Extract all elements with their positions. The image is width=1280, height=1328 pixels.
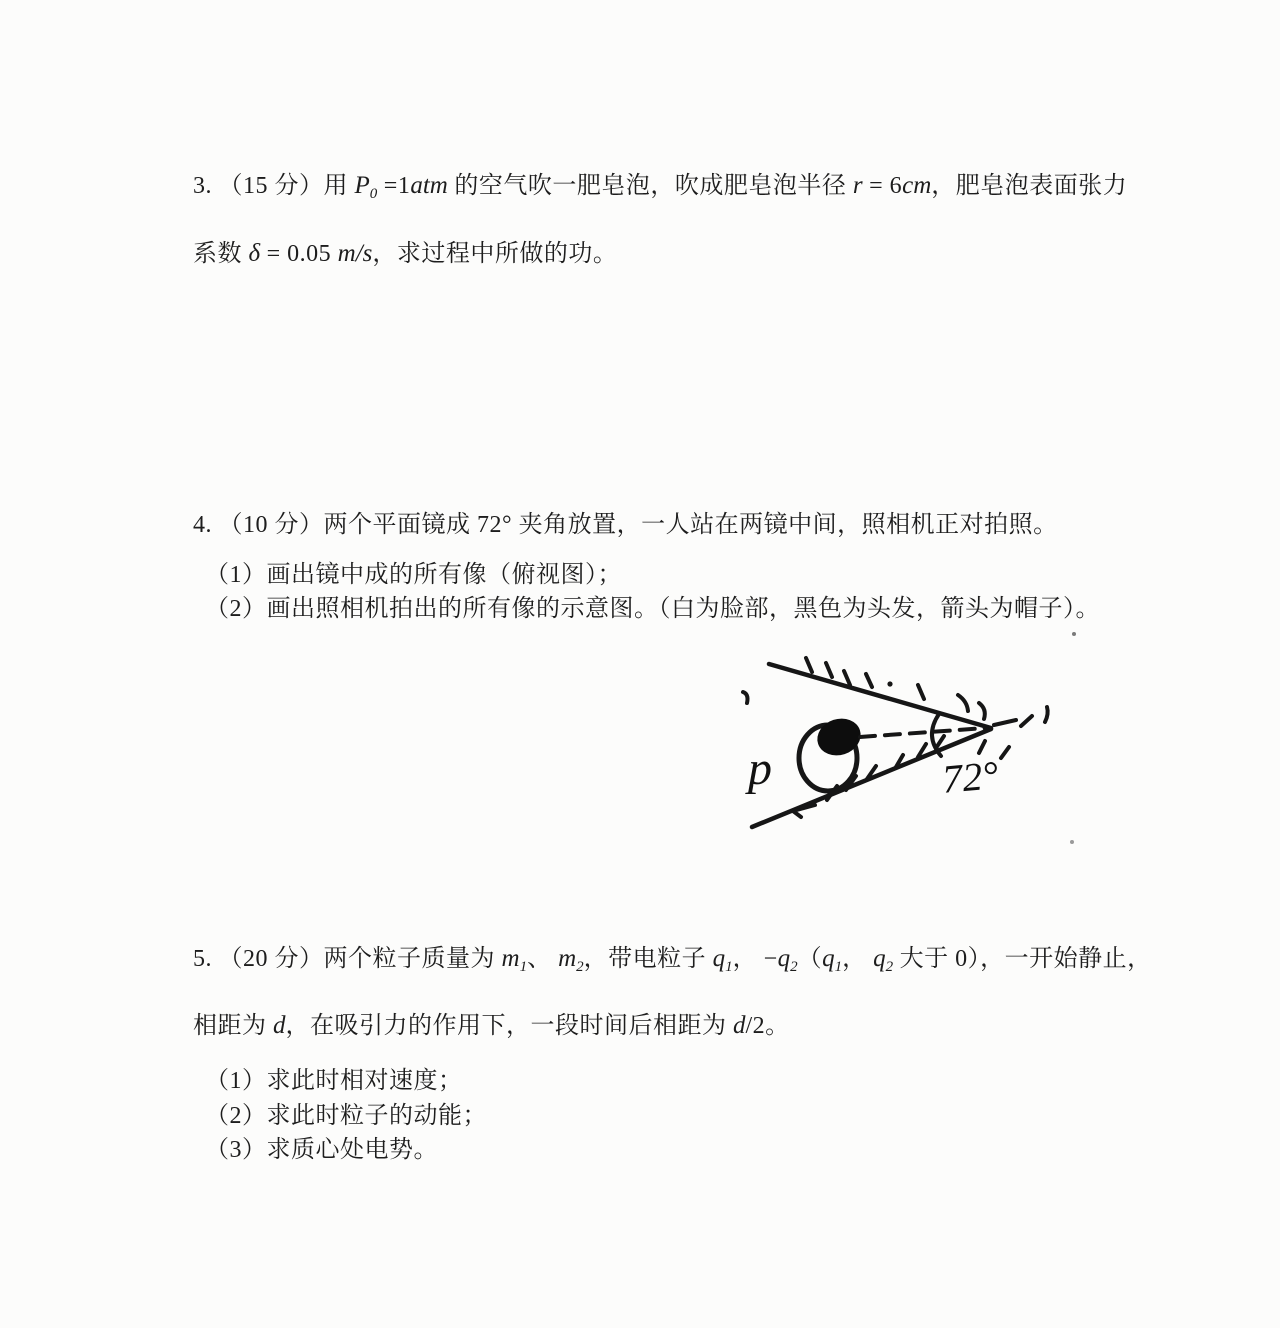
- q5-paren: （: [798, 946, 823, 972]
- q4-text2: 夹角放置，一人站在两镜中间，照相机正对拍照。: [512, 512, 1058, 538]
- q5-text5: ，在吸引力的作用下，一段时间后相距为: [286, 1013, 734, 1039]
- q3-text5: ，求过程中所做的功。: [372, 241, 617, 267]
- angle-label: 72°: [940, 752, 1000, 802]
- q3-text3: ，肥皂泡表面张力: [931, 173, 1127, 199]
- math-d: d: [273, 1012, 286, 1039]
- question-4-item-2: （2）画出照相机拍出的所有像的示意图。（白为脸部，黑色为头发，箭头为帽子）。: [205, 593, 1100, 625]
- question-3-line-2: 系数 δ = 0.05 m/s，求过程中所做的功。: [193, 238, 617, 270]
- math-sub-3: 1: [725, 959, 733, 975]
- sight-dashed-line: [860, 728, 986, 737]
- math-q2: q: [778, 945, 791, 972]
- math-P: P: [355, 172, 370, 199]
- q5-minus: ， −: [733, 946, 778, 972]
- vertex-extension-strokes: [994, 707, 1048, 726]
- point-p-label: p: [745, 742, 772, 795]
- q3-text2: 的空气吹一肥皂泡，吹成肥皂泡半径: [448, 173, 853, 199]
- q4-text: 4. （10 分）两个平面镜成: [193, 512, 477, 538]
- math-q1b: q: [822, 945, 835, 972]
- q5-sep: 、: [527, 946, 558, 972]
- question-4-item-1: （1）画出镜中成的所有像（俯视图）；: [205, 559, 622, 591]
- q5-text3: 大于 0），一开始静止，: [893, 946, 1152, 972]
- question-5-item-2: （2）求此时粒子的动能；: [205, 1100, 487, 1132]
- q5-text: 5. （20 分）两个粒子质量为: [193, 946, 502, 972]
- q3-eq3: = 0.05: [260, 241, 338, 267]
- q3-text: 3. （15 分）用: [193, 173, 355, 199]
- question-3-line-1: 3. （15 分）用 P0 =1atm 的空气吹一肥皂泡，吹成肥皂泡半径 r =…: [193, 170, 1127, 202]
- q3-text4: 系数: [193, 241, 249, 267]
- math-m1: m: [502, 945, 520, 972]
- question-5-item-3: （3）求质心处电势。: [205, 1134, 438, 1166]
- question-5-item-1: （1）求此时相对速度；: [205, 1065, 463, 1097]
- q5-text4: 相距为: [193, 1013, 273, 1039]
- math-q2b: q: [873, 945, 886, 972]
- math-delta: δ: [249, 240, 261, 267]
- q5-text2: ，带电粒子: [584, 946, 713, 972]
- math-r: r: [853, 172, 863, 199]
- math-d2: d: [733, 1012, 746, 1039]
- question-5-line-1: 5. （20 分）两个粒子质量为 m1、 m2，带电粒子 q1， −q2（q1，…: [193, 943, 1152, 975]
- math-sub-1: 1: [520, 959, 528, 975]
- math-atm: atm: [410, 172, 448, 199]
- math-m2: m: [558, 945, 576, 972]
- q5-frac: /2: [746, 1013, 766, 1039]
- q5-comma: ，: [842, 946, 873, 972]
- math-ms-unit: m/s: [338, 240, 373, 267]
- q5-period: 。: [765, 1013, 790, 1039]
- mirror-diagram: p 72°: [736, 624, 1104, 868]
- math-cm: cm: [902, 172, 931, 199]
- math-sub-4: 2: [790, 959, 798, 975]
- math-sub-2: 2: [576, 959, 584, 975]
- exam-page: 3. （15 分）用 P0 =1atm 的空气吹一肥皂泡，吹成肥皂泡半径 r =…: [0, 0, 1280, 1328]
- question-4-line-1: 4. （10 分）两个平面镜成 72° 夹角放置，一人站在两镜中间，照相机正对拍…: [193, 509, 1058, 541]
- q4-angle: 72°: [477, 512, 512, 538]
- q3-eq1: =1: [377, 173, 410, 199]
- math-q1: q: [713, 945, 726, 972]
- upper-mirror-hatching: [806, 658, 985, 719]
- q3-eq2: = 6: [863, 173, 903, 199]
- question-5-line-2: 相距为 d，在吸引力的作用下，一段时间后相距为 d/2。: [193, 1010, 790, 1042]
